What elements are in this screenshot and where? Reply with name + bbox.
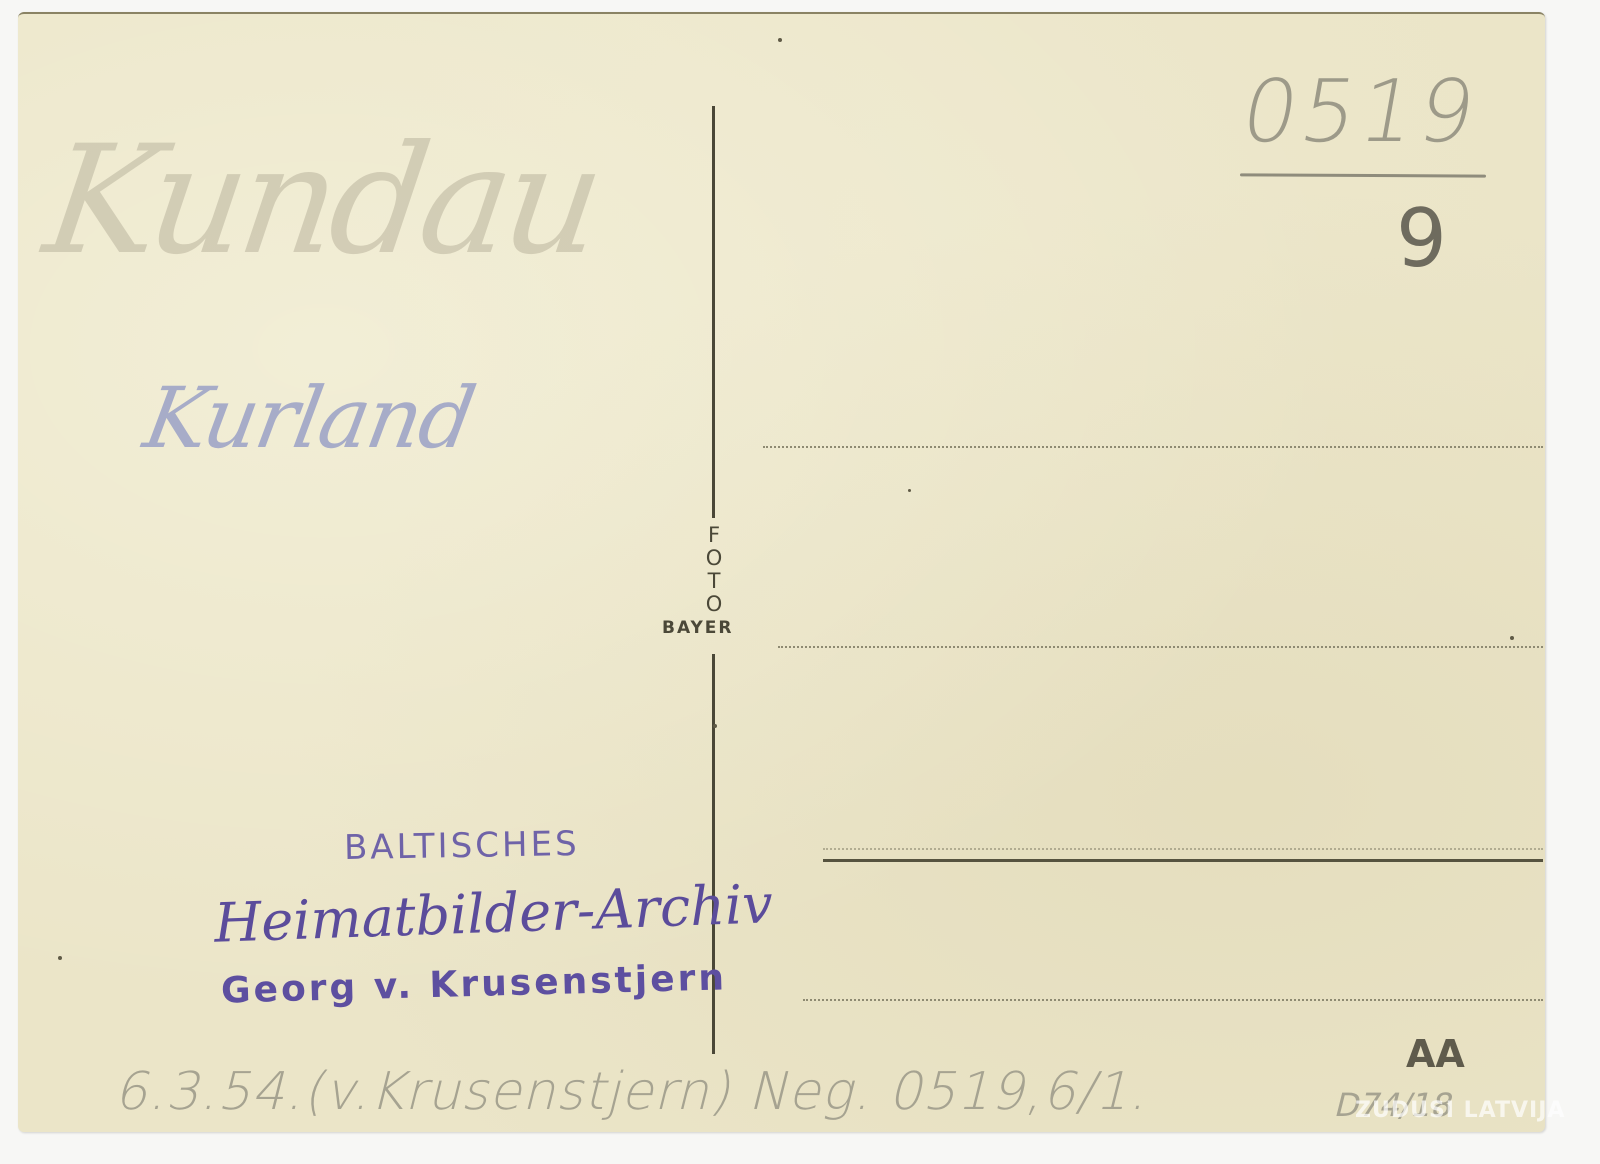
foto-letter: T [703,570,725,593]
foto-imprint: F O T O [703,524,725,616]
stamp-line-1: BALTISCHES [344,824,580,868]
address-line-4 [803,999,1543,1001]
handwritten-footer-note: 6.3.54.(v.Krusenstjern) Neg. 0519,6/1. [111,1062,1158,1122]
address-line-3 [823,859,1543,862]
paper-speck [713,724,717,728]
address-line-2 [778,646,1543,648]
address-line-3-dotted [823,848,1543,850]
address-line-1 [763,446,1543,448]
publisher-imprint: BAYER [662,618,734,638]
foto-letter: O [703,547,725,570]
paper-speck [908,489,911,492]
fraction-line [1240,173,1486,177]
paper-speck [58,956,62,960]
paper-speck [778,38,782,42]
watermark: ZUDUSI LATVIJA [1355,1098,1565,1123]
foto-letter: O [703,593,725,616]
handwritten-catalog-sub: 9 [1396,192,1447,285]
handwritten-place-name: Kundau [36,114,609,288]
postcard-back: Kundau Kurland 0519 9 F O T O BAYER BALT… [18,12,1545,1132]
center-divider-top [712,106,715,518]
stamp-line-3: Georg v. Krusenstjern [221,957,728,1011]
stamp-line-2: Heimatbilder-Archiv [213,872,774,954]
handwritten-region-name: Kurland [137,369,480,467]
handwritten-catalog-number: 0519 [1234,62,1487,162]
handwritten-corner-mark: AA [1406,1032,1465,1076]
foto-letter: F [703,524,725,547]
paper-speck [1510,636,1514,640]
